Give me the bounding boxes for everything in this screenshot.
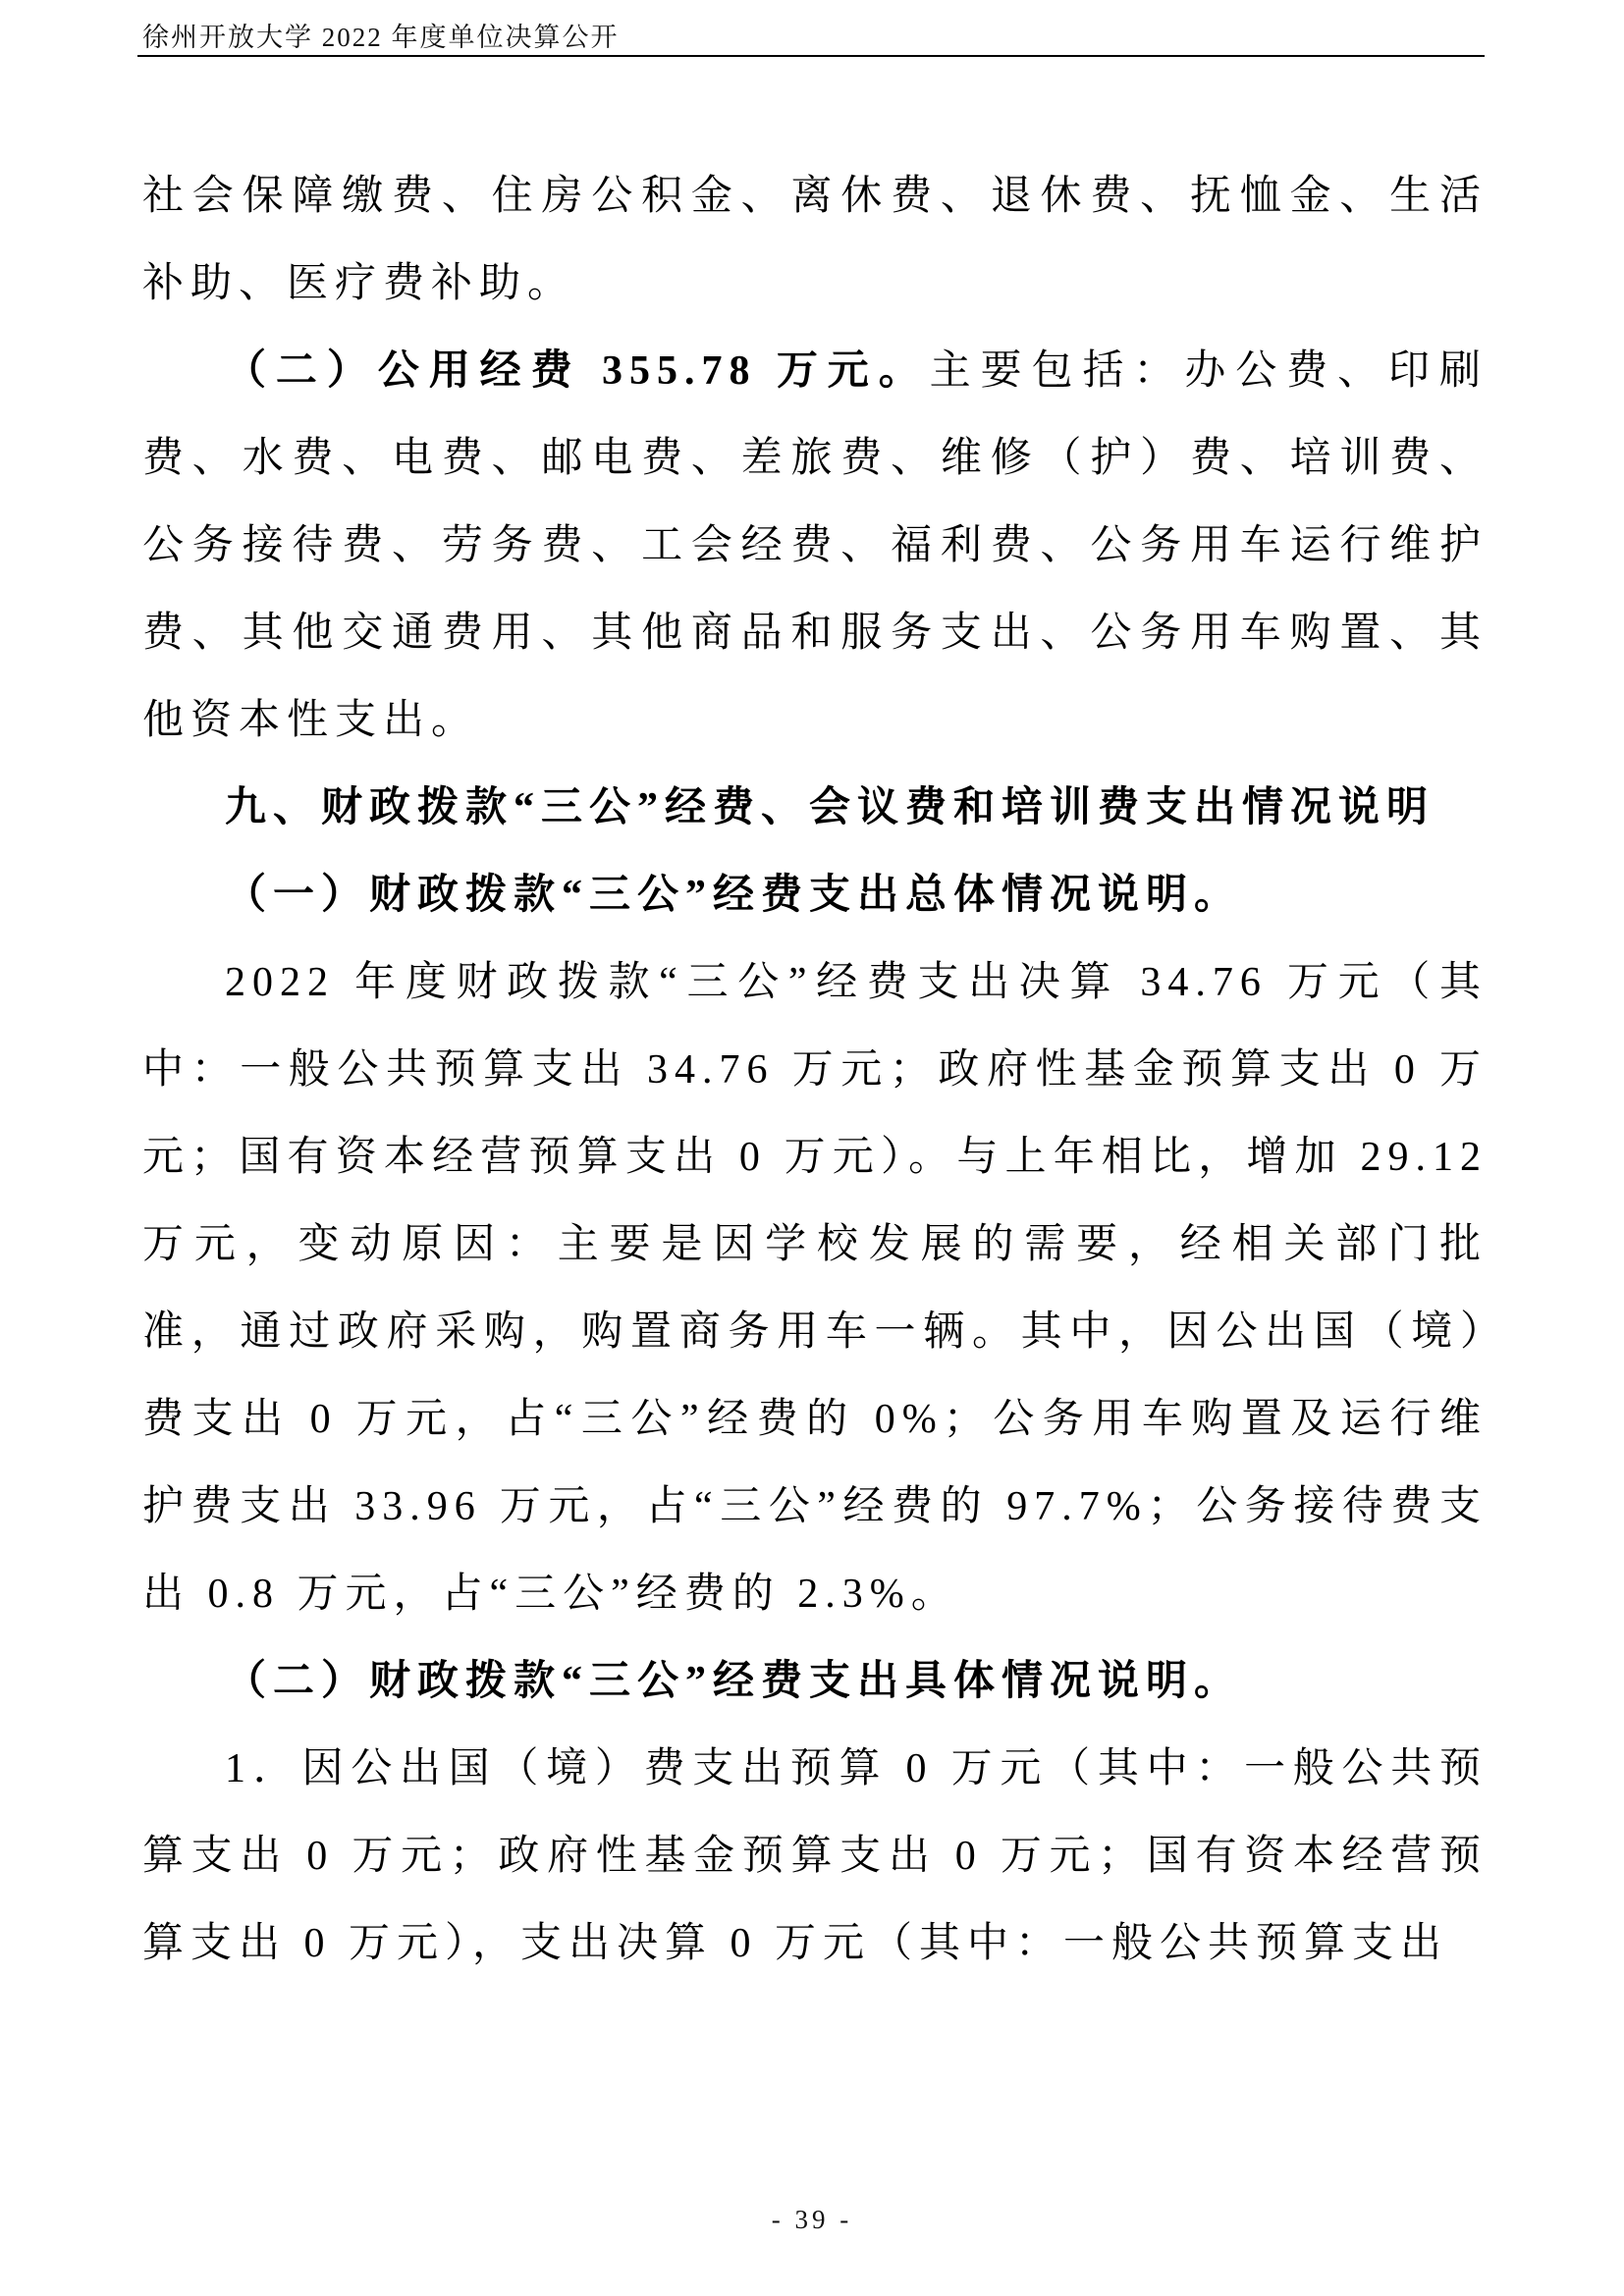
paragraph-personnel-continuation: 社会保障缴费、住房公积金、离休费、退休费、抚恤金、生活补助、医疗费补助。 bbox=[142, 153, 1488, 328]
page-header: 徐州开放大学 2022 年度单位决算公开 bbox=[142, 16, 1488, 54]
paragraph-public-expense: （二）公用经费 355.78 万元。主要包括：办公费、印刷费、水费、电费、邮电费… bbox=[142, 328, 1488, 765]
header-title: 徐州开放大学 2022 年度单位决算公开 bbox=[142, 23, 620, 52]
paragraph-three-public-overview: 2022 年度财政拨款“三公”经费支出决算 34.76 万元（其中：一般公共预算… bbox=[142, 939, 1488, 1638]
heading-subsection-two: （二）财政拨款“三公”经费支出具体情况说明。 bbox=[142, 1638, 1488, 1726]
public-expense-lead: （二）公用经费 355.78 万元。 bbox=[225, 348, 930, 394]
document-page: 徐州开放大学 2022 年度单位决算公开 社会保障缴费、住房公积金、离休费、退休… bbox=[0, 0, 1624, 2296]
page-number: - 39 - bbox=[0, 2205, 1624, 2235]
header-divider bbox=[137, 55, 1485, 57]
paragraph-abroad-expense-detail: 1．因公出国（境）费支出预算 0 万元（其中：一般公共预算支出 0 万元；政府性… bbox=[142, 1726, 1488, 1988]
heading-subsection-one: （一）财政拨款“三公”经费支出总体情况说明。 bbox=[142, 852, 1488, 939]
document-body: 社会保障缴费、住房公积金、离休费、退休费、抚恤金、生活补助、医疗费补助。 （二）… bbox=[142, 153, 1488, 1988]
heading-section-nine: 九、财政拨款“三公”经费、会议费和培训费支出情况说明 bbox=[142, 765, 1488, 852]
public-expense-rest: 主要包括：办公费、印刷费、水费、电费、邮电费、差旅费、维修（护）费、培训费、公务… bbox=[142, 348, 1488, 743]
